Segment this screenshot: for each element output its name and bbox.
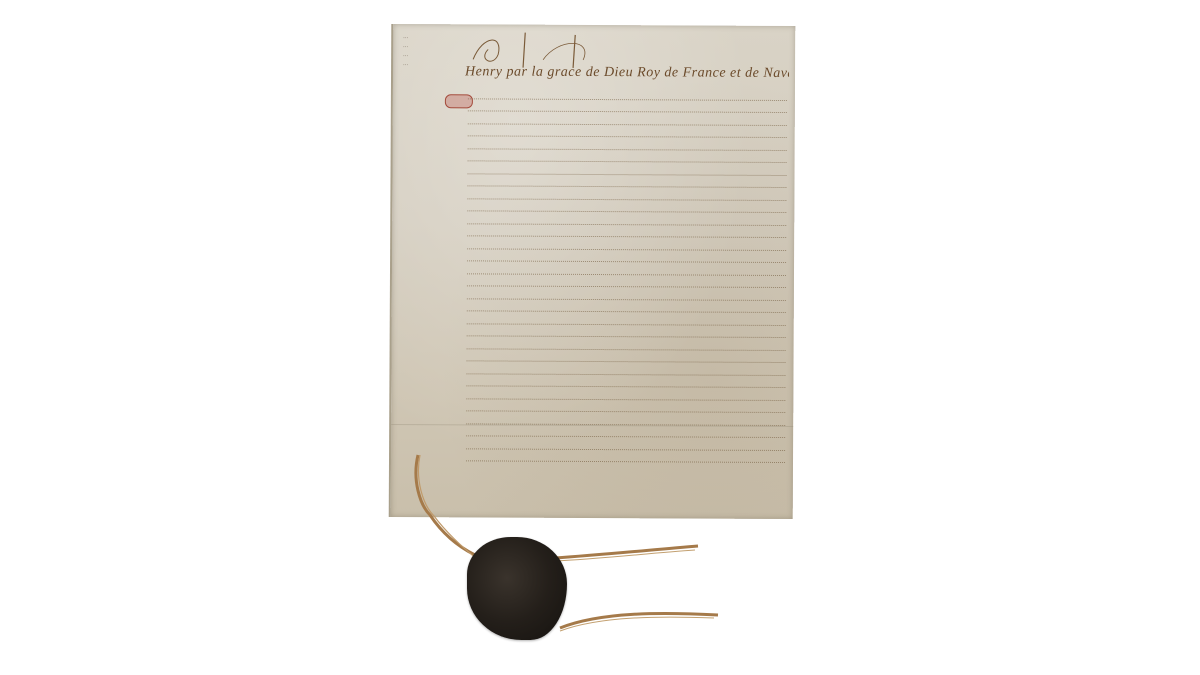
margin-notes: ... ... ... ... (403, 32, 461, 68)
manuscript-body: A tous presens et advenir salut (466, 86, 787, 463)
wax-seal (467, 537, 567, 640)
parchment-document: ... ... ... ... Henry par la grace de Di… (389, 24, 796, 519)
document-heading: Henry par la grace de Dieu Roy de France… (465, 64, 789, 82)
text-line (466, 449, 785, 463)
